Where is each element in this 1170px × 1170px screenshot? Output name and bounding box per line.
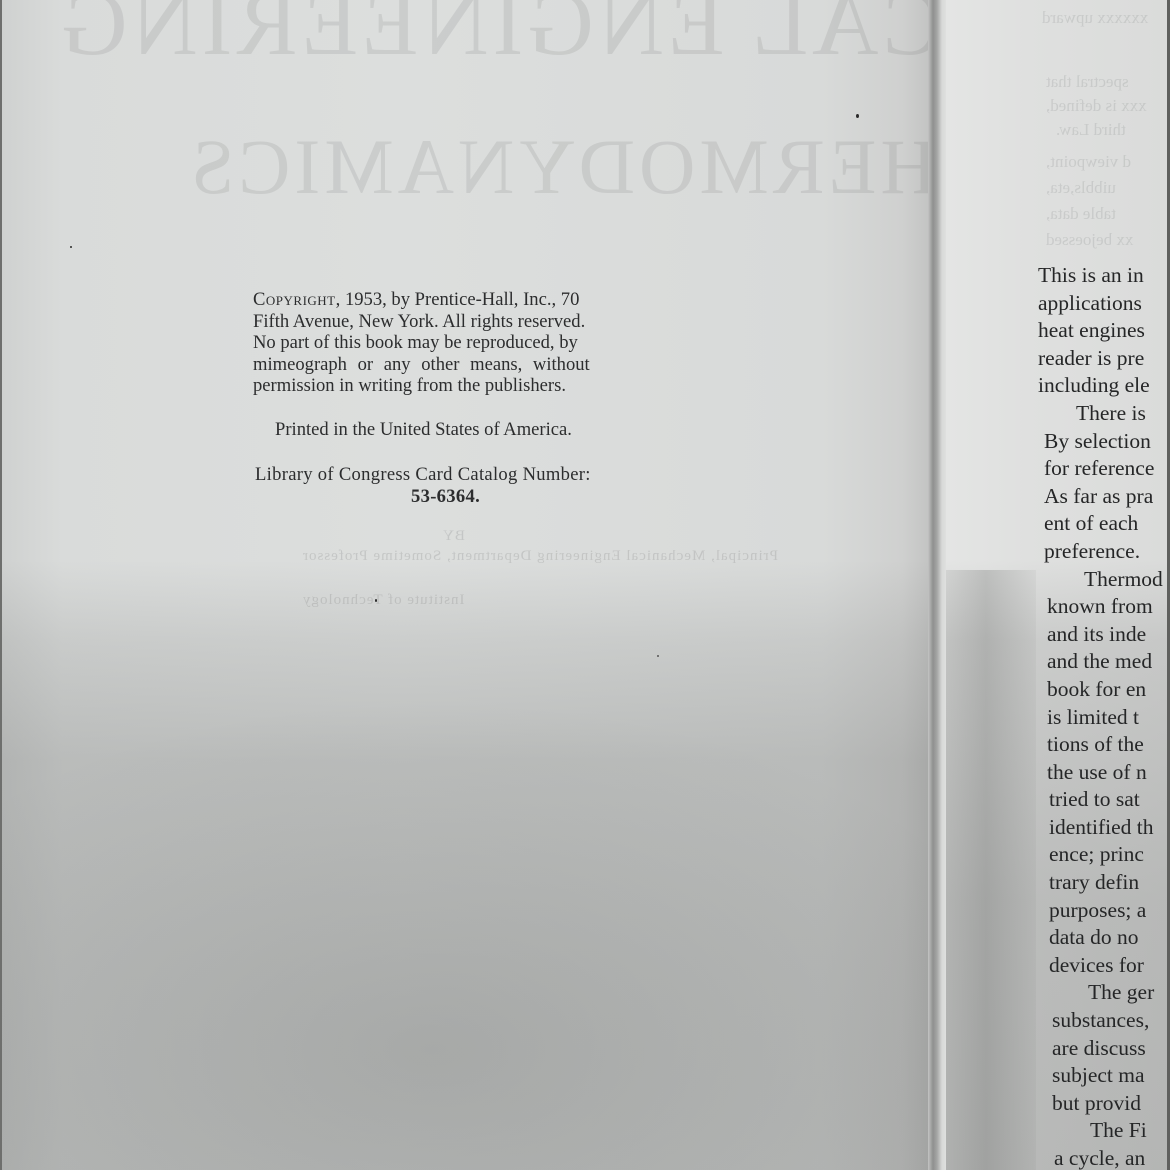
preface-line: purposes; a xyxy=(1038,897,1163,925)
preface-line: identified th xyxy=(1038,814,1163,842)
copyright-line: mimeograph or any other means, without xyxy=(253,354,590,375)
preface-line: heat engines xyxy=(1038,317,1163,345)
preface-line: are discuss xyxy=(1038,1035,1163,1063)
show-through-line: d viewpoint, xyxy=(1046,152,1131,172)
copyright-paragraph: Copyright, 1953, by Prentice-Hall, Inc.,… xyxy=(253,289,693,397)
preface-line: the use of n xyxy=(1038,759,1163,787)
copyright-line: Fifth Avenue, New York. All rights reser… xyxy=(253,311,585,332)
loc-label: Library of Congress Card Catalog Number: xyxy=(253,464,693,486)
preface-line: known from xyxy=(1038,593,1163,621)
preface-line: The Fi xyxy=(1038,1117,1163,1145)
preface-line: book for en xyxy=(1038,676,1163,704)
paper-speck xyxy=(856,114,859,118)
show-through-line: table data, xyxy=(1046,204,1116,224)
copyright-smallcaps: Copyright xyxy=(253,289,336,310)
show-through-line: xxx is defined, xyxy=(1046,96,1147,116)
show-through-author-line: Institute of Technology xyxy=(302,592,464,609)
preface-line: ent of each xyxy=(1038,510,1163,538)
preface-line: There is xyxy=(1038,400,1163,428)
copyright-notice: Copyright, 1953, by Prentice-Hall, Inc.,… xyxy=(253,289,693,507)
preface-line: applications xyxy=(1038,290,1163,318)
preface-line: substances, xyxy=(1038,1007,1163,1035)
paper-speck xyxy=(375,599,377,602)
preface-line: for reference xyxy=(1038,455,1163,483)
preface-line: data do no xyxy=(1038,924,1163,952)
preface-line: and the med xyxy=(1038,648,1163,676)
show-through-author-line: Principal, Mechanical Engineering Depart… xyxy=(302,548,778,565)
preface-line: trary defin xyxy=(1038,869,1163,897)
show-through-line: xx bejoessed xyxy=(1046,230,1133,250)
copyright-line: , 1953, by Prentice-Hall, Inc., 70 xyxy=(336,289,580,310)
preface-line: including ele xyxy=(1038,372,1163,400)
copyright-line: No part of this book may be reproduced, … xyxy=(253,332,578,353)
copyright-line: permission in writing from the publisher… xyxy=(253,375,566,396)
preface-line: but provid xyxy=(1038,1090,1163,1118)
preface-line: preference. xyxy=(1038,538,1163,566)
preface-line: This is an in xyxy=(1038,262,1163,290)
preface-line: As far as pra xyxy=(1038,483,1163,511)
preface-line: and its inde xyxy=(1038,621,1163,649)
preface-line: is limited t xyxy=(1038,704,1163,732)
preface-line: subject ma xyxy=(1038,1062,1163,1090)
open-book-photo: MECHANICAL ENGINEERING THERMODYNAMICS BY… xyxy=(0,0,1170,1170)
preface-text: This is an in applications heat engines … xyxy=(1038,262,1163,1170)
preface-line: devices for xyxy=(1038,952,1163,980)
preface-line: Thermod xyxy=(1038,566,1163,594)
show-through-line: uibbls,eta, xyxy=(1046,178,1116,198)
show-through-author-line: BY xyxy=(442,528,465,545)
printed-in-line: Printed in the United States of America. xyxy=(253,419,693,441)
preface-line: a cycle, an xyxy=(1038,1145,1163,1170)
preface-line: ence; princ xyxy=(1038,841,1163,869)
show-through-line: xxxxxx upward xyxy=(1042,8,1148,28)
page-shadow xyxy=(946,570,1036,1170)
show-through-line: third Law. xyxy=(1056,120,1126,140)
preface-line: tried to sat xyxy=(1038,786,1163,814)
left-page: MECHANICAL ENGINEERING THERMODYNAMICS BY… xyxy=(0,0,936,1170)
preface-line: The ger xyxy=(1038,979,1163,1007)
preface-line: tions of the xyxy=(1038,731,1163,759)
hand-shadow xyxy=(2,0,938,1170)
right-page: xxxxxx upward spectral that xxx is defin… xyxy=(946,0,1170,1170)
paper-speck xyxy=(70,246,72,248)
preface-line: By selection xyxy=(1038,428,1163,456)
show-through-line: spectral that xyxy=(1046,72,1129,92)
loc-number: 53-6364. xyxy=(253,486,693,508)
book-gutter xyxy=(928,0,948,1170)
show-through-title-line-2: THERMODYNAMICS xyxy=(187,122,988,212)
preface-line: reader is pre xyxy=(1038,345,1163,373)
paper-speck xyxy=(657,655,659,657)
